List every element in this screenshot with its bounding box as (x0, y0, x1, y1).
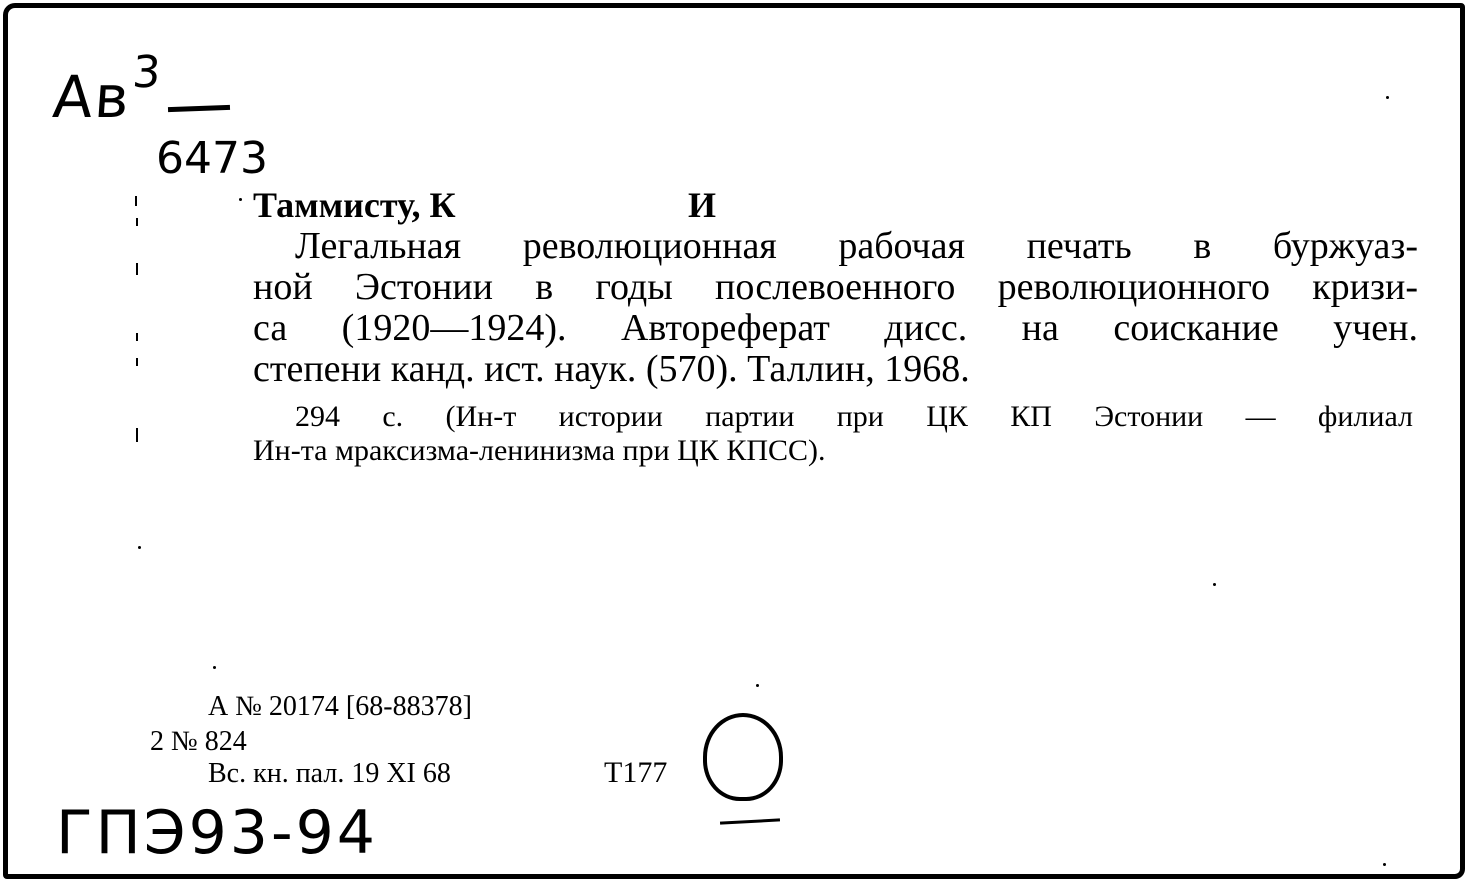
stamp-scribble (720, 818, 780, 824)
imprint-line-1: А № 20174 [68-88378] (208, 691, 472, 723)
handwritten-inventory-number: ГПЭ93-94 (56, 798, 378, 868)
imprint-code: Т177 (604, 756, 667, 790)
title-description: Легальная революционная рабочая печать в… (253, 226, 1418, 390)
speck (138, 546, 141, 549)
speck (213, 666, 216, 669)
collation-notes: 294 с. (Ин-т истории партии при ЦК КП Эс… (253, 400, 1413, 468)
imprint-line-3: Вс. кн. пал. 19 XI 68 (208, 758, 451, 790)
shelf-mark-bottom: 6473 (156, 133, 268, 184)
speck (239, 198, 242, 201)
margin-mark (136, 333, 138, 341)
imprint-line-2: 2 № 824 (150, 726, 247, 758)
circle-stamp-icon (703, 713, 783, 801)
margin-mark (136, 218, 138, 226)
author-initial: И (688, 184, 716, 226)
shelf-mark-superscript: 3 (131, 47, 165, 98)
shelf-mark-letters: Ав (51, 63, 134, 131)
speck (756, 684, 759, 687)
title-line: Легальная революционная рабочая печать в… (253, 226, 1418, 267)
author-heading: Таммисту, К И (253, 184, 456, 226)
shelf-mark-divider (168, 105, 230, 112)
margin-mark (135, 196, 137, 206)
margin-mark (136, 428, 138, 442)
shelf-mark-top: Ав3 (51, 63, 164, 131)
notes-line: Ин-та мраксизма-ленинизма при ЦК КПСС). (253, 434, 1413, 468)
speck (1213, 583, 1216, 586)
catalog-card: Ав3 6473 Таммисту, К И Легальная революц… (3, 3, 1465, 879)
author-surname: Таммисту, К (253, 185, 456, 225)
notes-line: 294 с. (Ин-т истории партии при ЦК КП Эс… (253, 400, 1413, 434)
margin-mark (136, 263, 138, 275)
title-line: ной Эстонии в годы послевоенного революц… (253, 267, 1418, 308)
speck (1386, 96, 1389, 99)
margin-mark (136, 358, 138, 366)
speck (1383, 863, 1386, 866)
title-line: степени канд. ист. наук. (570). Таллин, … (253, 349, 1418, 390)
title-line: са (1920—1924). Автореферат дисс. на сои… (253, 308, 1418, 349)
